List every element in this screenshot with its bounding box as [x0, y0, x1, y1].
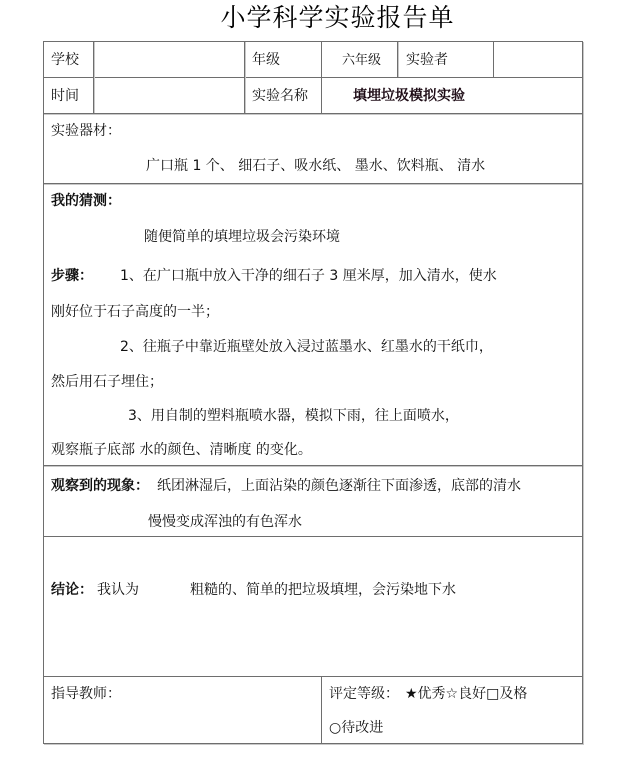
step-line: 然后用石子埋住；: [51, 373, 163, 391]
experiment-name-value: 填埋垃圾模拟实验: [353, 87, 465, 105]
rating-options: ★优秀☆良好□及格: [405, 685, 527, 703]
row-divider: [44, 536, 582, 537]
materials-value: 广口瓶 1 个、 细石子、吸水纸、 墨水、饮料瓶、 清水: [146, 157, 485, 175]
row-divider: [44, 113, 582, 114]
materials-label: 实验器材：: [51, 122, 121, 140]
teacher-label: 指导教师：: [51, 685, 121, 703]
col-divider: [93, 42, 94, 113]
row-divider: [44, 77, 582, 78]
experimenter-label: 实验者: [406, 51, 448, 69]
report-table: 学校 年级 六年级 实验者 时间 实验名称 填埋垃圾模拟实验 实验器材： 广口瓶…: [43, 41, 583, 744]
step-line: 1、在广口瓶中放入干净的细石子 3 厘米厚，加入清水，使水: [120, 267, 497, 285]
experiment-name-label: 实验名称: [252, 87, 308, 105]
col-divider: [397, 42, 398, 77]
steps-label: 步骤：: [51, 267, 93, 285]
row-divider: [44, 183, 582, 184]
observation-label: 观察到的现象：: [51, 477, 149, 495]
step-line: 观察瓶子底部 水的颜色、清晰度 的变化。: [51, 441, 312, 459]
step-line: 3、用自制的塑料瓶喷水器，模拟下雨，往上面喷水，: [128, 407, 459, 425]
grade-label: 年级: [252, 51, 280, 69]
col-divider: [321, 42, 322, 113]
rating-options-extra: ○待改进: [329, 719, 383, 737]
col-divider: [244, 42, 245, 113]
rating-label: 评定等级：: [329, 685, 399, 703]
step-line: 刚好位于石子高度的一半；: [51, 303, 219, 321]
hypothesis-value: 随便简单的填埋垃圾会污染环境: [144, 228, 340, 246]
step-line: 2、往瓶子中靠近瓶壁处放入浸过蓝墨水、红墨水的干纸巾，: [120, 338, 493, 356]
conclusion-label: 结论：: [51, 581, 93, 599]
school-label: 学校: [51, 51, 79, 69]
time-label: 时间: [51, 87, 79, 105]
conclusion-prefix: 我认为: [97, 581, 139, 599]
row-divider: [44, 465, 582, 466]
observation-line: 纸团淋湿后，上面沾染的颜色逐渐往下面渗透，底部的清水: [157, 477, 521, 495]
hypothesis-label: 我的猜测：: [51, 192, 121, 210]
col-divider: [493, 42, 494, 77]
page-title: 小学科学实验报告单: [0, 2, 623, 34]
conclusion-value: 粗糙的、简单的把垃圾填埋，会污染地下水: [190, 581, 456, 599]
observation-line: 慢慢变成浑浊的有色浑水: [148, 513, 302, 531]
col-divider: [321, 676, 322, 744]
grade-value: 六年级: [342, 52, 381, 70]
row-divider: [44, 676, 582, 677]
